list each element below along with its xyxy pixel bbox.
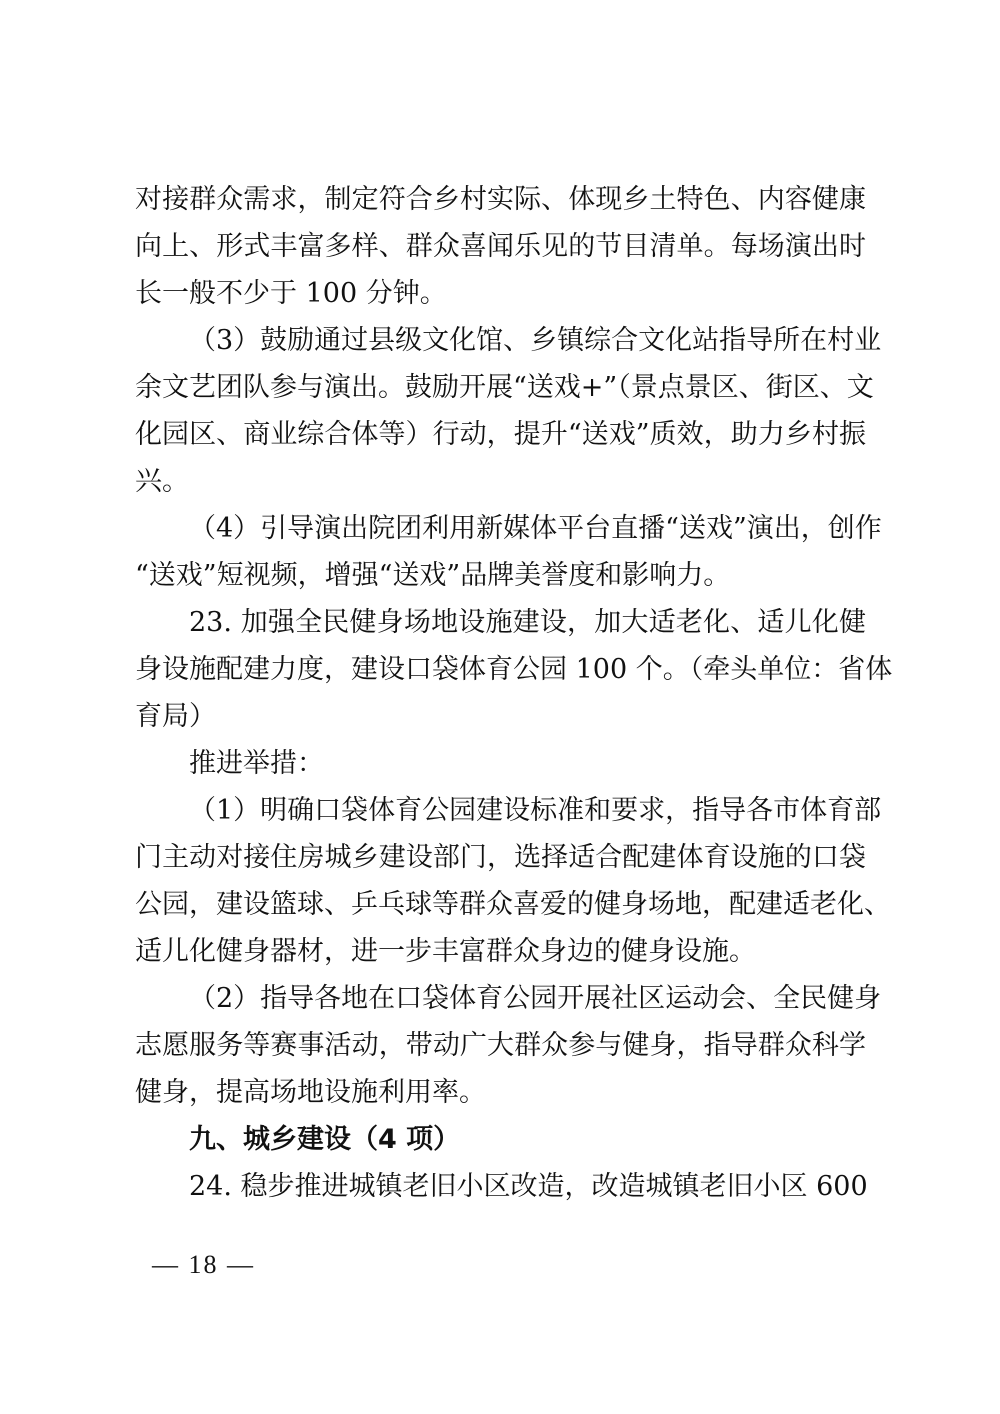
- text-line: 适儿化健身器材，进一步丰富群众身边的健身设施。: [135, 928, 866, 975]
- item-23-title: 23. 加强全民健身场地设施建设，加大适老化、适儿化健: [135, 599, 866, 646]
- page-number: — 18 —: [152, 1250, 255, 1280]
- text-line: 兴。: [135, 458, 866, 505]
- text-line: 育局）: [135, 693, 866, 740]
- text-line: 化园区、商业综合体等）行动，提升“送戏”质效，助力乡村振: [135, 411, 866, 458]
- document-body: 对接群众需求，制定符合乡村实际、体现乡土特色、内容健康 向上、形式丰富多样、群众…: [135, 176, 866, 1210]
- text-line: 长一般不少于 100 分钟。: [135, 270, 866, 317]
- text-line: 向上、形式丰富多样、群众喜闻乐见的节目清单。每场演出时: [135, 223, 866, 270]
- text-line: 对接群众需求，制定符合乡村实际、体现乡土特色、内容健康: [135, 176, 866, 223]
- text-line: 余文艺团队参与演出。鼓励开展“送戏+”（景点景区、街区、文: [135, 364, 866, 411]
- text-line: 公园，建设篮球、乒乓球等群众喜爱的健身场地，配建适老化、: [135, 881, 866, 928]
- text-line: （2）指导各地在口袋体育公园开展社区运动会、全民健身: [135, 975, 866, 1022]
- text-line: 健身，提高场地设施利用率。: [135, 1069, 866, 1116]
- section-heading: 九、城乡建设（4 项）: [135, 1116, 866, 1163]
- text-line: （3）鼓励通过县级文化馆、乡镇综合文化站指导所在村业: [135, 317, 866, 364]
- measures-label: 推进举措：: [135, 740, 866, 787]
- text-line: 门主动对接住房城乡建设部门，选择适合配建体育设施的口袋: [135, 834, 866, 881]
- text-line: 身设施配建力度，建设口袋体育公园 100 个。（牵头单位：省体: [135, 646, 866, 693]
- item-24-title: 24. 稳步推进城镇老旧小区改造，改造城镇老旧小区 600: [135, 1163, 866, 1210]
- text-line: “送戏”短视频，增强“送戏”品牌美誉度和影响力。: [135, 552, 866, 599]
- text-line: （4）引导演出院团利用新媒体平台直播“送戏”演出，创作: [135, 505, 866, 552]
- text-line: （1）明确口袋体育公园建设标准和要求，指导各市体育部: [135, 787, 866, 834]
- text-line: 志愿服务等赛事活动，带动广大群众参与健身，指导群众科学: [135, 1022, 866, 1069]
